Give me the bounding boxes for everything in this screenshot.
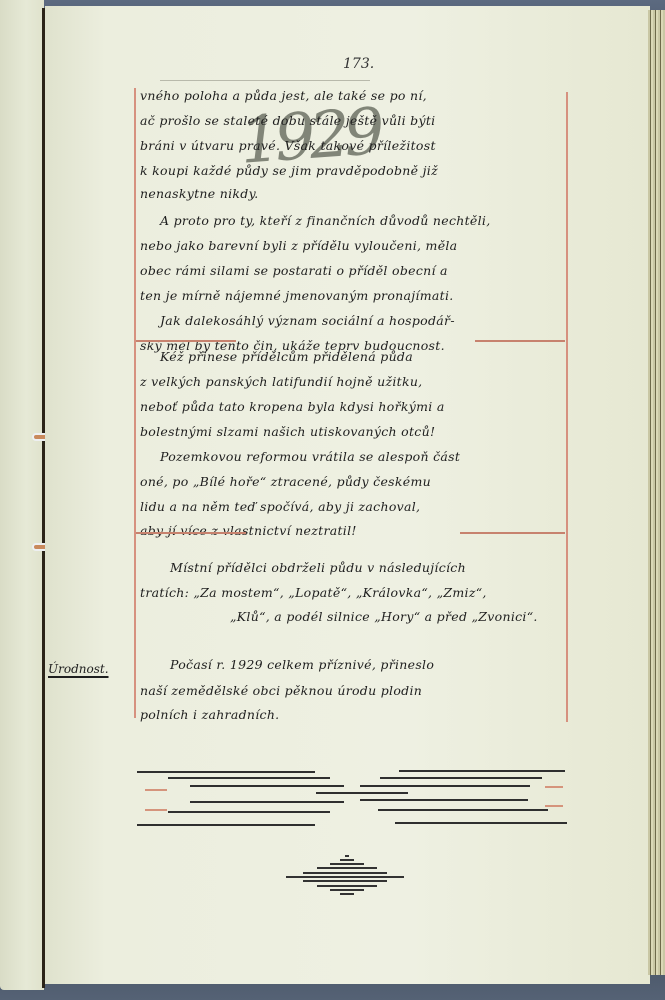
page-edges <box>648 10 665 975</box>
ornament-red-dash <box>145 809 167 811</box>
ornament-line <box>360 799 528 801</box>
section-rule <box>136 532 246 534</box>
ornament-line <box>380 777 542 779</box>
text-line: vného poloha a půda jest, ale také se po… <box>140 88 565 103</box>
text-line: k koupi každé půdy se jim pravděpodobně … <box>140 163 565 178</box>
text-line: Místní přídělci obdrželi půdu v následuj… <box>140 560 565 575</box>
text-line: lidu a na něm teď spočívá, aby ji zachov… <box>140 499 565 514</box>
diamond-ornament-line <box>303 872 387 874</box>
text-line: Počasí r. 1929 celkem příznivé, přineslo <box>140 657 565 672</box>
text-line: oné, po „Bílé hoře“ ztracené, půdy české… <box>140 474 565 489</box>
section-rule <box>136 340 236 342</box>
header-rule <box>160 80 370 81</box>
ornament-red-dash <box>545 805 563 807</box>
text-line: bráni v útvaru pravé. Však takové přílež… <box>140 138 565 153</box>
text-line: polních i zahradních. <box>140 707 565 722</box>
diamond-ornament-line <box>340 859 354 861</box>
text-line: bolestnými slzami našich utiskovaných ot… <box>140 424 565 439</box>
diamond-ornament-line <box>330 889 364 891</box>
ornament-line <box>378 809 548 811</box>
diamond-ornament-line <box>286 876 404 878</box>
text-line: naší zemědělské obci pěknou úrodu plodin <box>140 683 565 698</box>
section-rule <box>475 340 565 342</box>
diamond-ornament-line <box>330 863 364 865</box>
ornament-line <box>168 777 330 779</box>
text-line: „Klů“, a podél silnice „Hory“ a před „Zv… <box>140 609 565 624</box>
text-line: z velkých panských latifundií hojně užit… <box>140 374 565 389</box>
ornament-line <box>190 801 344 803</box>
text-line: nenaskytne nikdy. <box>140 186 565 201</box>
margin-heading: Úrodnost. <box>48 662 109 676</box>
ornament-line <box>137 771 315 773</box>
text-line: ten je mírně nájemné jmenovaným pronajím… <box>140 288 565 303</box>
diamond-ornament-line <box>303 880 387 882</box>
left-page-edge <box>0 0 44 990</box>
ornament-line <box>399 770 565 772</box>
text-line: tratích: „Za mostem“, „Lopatě“, „Královk… <box>140 585 565 600</box>
text-line: Jak dalekosáhlý význam sociální a hospod… <box>140 313 565 328</box>
ornament-line <box>168 811 330 813</box>
text-line: nebo jako barevní byli z přídělu vylouče… <box>140 238 565 253</box>
ornament-line <box>190 785 344 787</box>
page-number: 173. <box>343 56 374 72</box>
ornament-line <box>360 785 530 787</box>
text-line: neboť půda tato kropena byla kdysi hořký… <box>140 399 565 414</box>
diamond-ornament-line <box>345 855 349 857</box>
text-line: A proto pro ty, kteří z finančních důvod… <box>140 213 565 228</box>
text-line: ač prošlo se staleté dobu stále ještě vů… <box>140 113 565 128</box>
section-rule <box>460 532 565 534</box>
ornament-line <box>395 822 567 824</box>
ornament-red-dash <box>545 786 563 788</box>
text-line: obec rámi silami se postarati o příděl o… <box>140 263 565 278</box>
left-red-margin-line <box>134 88 136 718</box>
text-line: Pozemkovou reformou vrátila se alespoň č… <box>140 449 565 464</box>
bleed-through-text <box>150 910 156 931</box>
text-line: Kéž přinese přídělcům přidělená půda <box>140 349 565 364</box>
diamond-ornament-line <box>340 893 354 895</box>
diamond-ornament-line <box>317 867 377 869</box>
diamond-ornament-line <box>317 885 377 887</box>
right-red-margin-line <box>566 92 568 722</box>
ornament-line <box>316 792 408 794</box>
ornament-line <box>137 824 315 826</box>
ornament-red-dash <box>145 789 167 791</box>
text-line: aby jí více z vlastnictví neztratil! <box>140 523 565 538</box>
